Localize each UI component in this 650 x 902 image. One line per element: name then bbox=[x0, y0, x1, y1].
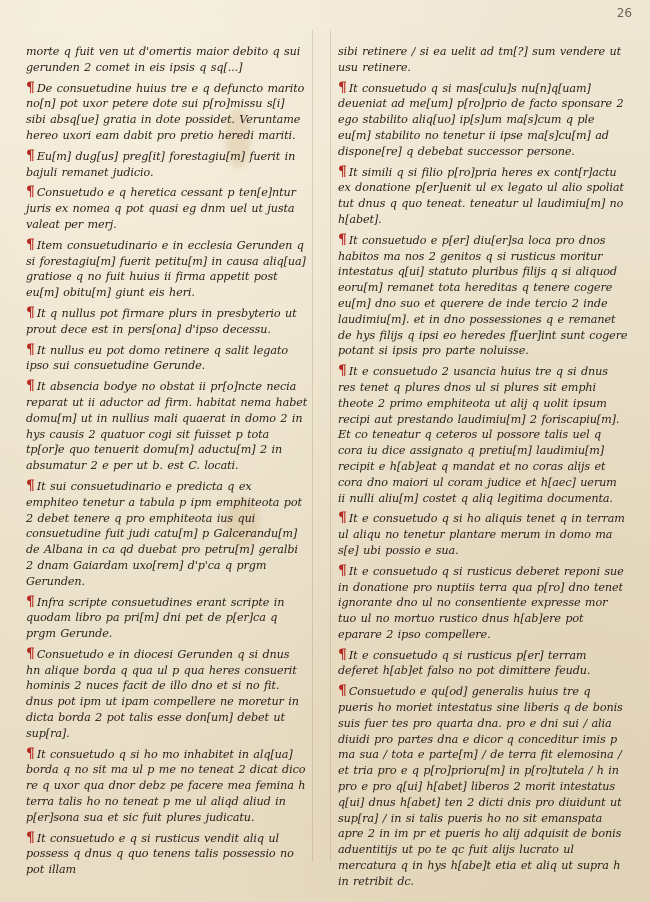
paragraph: ¶Infra scripte consuetudines erant scrip… bbox=[26, 595, 308, 642]
rubric-pilcrow-icon: ¶ bbox=[26, 237, 35, 253]
paragraph: ¶It consuetudo q si mas[culu]s nu[n]q[ua… bbox=[338, 81, 628, 160]
rubric-pilcrow-icon: ¶ bbox=[26, 184, 35, 200]
rubric-pilcrow-icon: ¶ bbox=[26, 746, 35, 762]
paragraph: ¶It consuetudo e q si rusticus vendit al… bbox=[26, 831, 308, 878]
rubric-pilcrow-icon: ¶ bbox=[26, 478, 35, 494]
rubric-pilcrow-icon: ¶ bbox=[338, 683, 347, 699]
column-ruling-line bbox=[330, 30, 331, 862]
paragraph: ¶Consuetudo e q heretica cessant p ten[e… bbox=[26, 185, 308, 232]
rubric-pilcrow-icon: ¶ bbox=[338, 363, 347, 379]
paragraph: ¶Consuetudo e in diocesi Gerunden q si d… bbox=[26, 647, 308, 742]
paragraph: ¶It nullus eu pot domo retinere q salit … bbox=[26, 343, 308, 375]
paragraph: ¶It consuetudo e p[er] diu[er]sa loca pr… bbox=[338, 233, 628, 359]
rubric-pilcrow-icon: ¶ bbox=[338, 232, 347, 248]
rubric-pilcrow-icon: ¶ bbox=[26, 594, 35, 610]
folio-number: 26 bbox=[617, 6, 632, 20]
rubric-pilcrow-icon: ¶ bbox=[26, 830, 35, 846]
column-ruling-line bbox=[312, 30, 313, 862]
manuscript-page: 26 ¶morte q fuit ven ut d'omertis maior … bbox=[0, 0, 650, 902]
paragraph: ¶It e consuetudo q si ho aliquis tenet q… bbox=[338, 511, 628, 558]
paragraph: ¶It sui consuetudinario e predicta q ex … bbox=[26, 479, 308, 590]
rubric-pilcrow-icon: ¶ bbox=[26, 305, 35, 321]
paragraph: ¶It e consuetudo 2 usancia huius tre q s… bbox=[338, 364, 628, 506]
rubric-pilcrow-icon: ¶ bbox=[338, 563, 347, 579]
paragraph: ¶It simili q si filio p[ro]pria heres ex… bbox=[338, 165, 628, 228]
paragraph: ¶De consuetudine huius tre e q defuncto … bbox=[26, 81, 308, 144]
paragraph: ¶Eu[m] dug[us] preg[it] forestagiu[m] fu… bbox=[26, 149, 308, 181]
left-column: ¶morte q fuit ven ut d'omertis maior deb… bbox=[26, 44, 308, 883]
paragraph: ¶It e consuetudo q si rusticus p[er] ter… bbox=[338, 648, 628, 680]
paragraph: ¶It absencia bodye no obstat ii pr[o]nct… bbox=[26, 379, 308, 474]
rubric-pilcrow-icon: ¶ bbox=[338, 164, 347, 180]
paragraph: ¶Item consuetudinario e in ecclesia Geru… bbox=[26, 238, 308, 301]
paragraph: ¶It e consuetudo q si rusticus deberet r… bbox=[338, 564, 628, 643]
rubric-pilcrow-icon: ¶ bbox=[338, 80, 347, 96]
paragraph: ¶morte q fuit ven ut d'omertis maior deb… bbox=[26, 44, 308, 76]
rubric-pilcrow-icon: ¶ bbox=[26, 148, 35, 164]
rubric-pilcrow-icon: ¶ bbox=[338, 510, 347, 526]
rubric-pilcrow-icon: ¶ bbox=[338, 647, 347, 663]
rubric-pilcrow-icon: ¶ bbox=[26, 342, 35, 358]
rubric-pilcrow-icon: ¶ bbox=[26, 646, 35, 662]
right-column: ¶sibi retinere / si ea uelit ad tm[?] su… bbox=[338, 44, 628, 895]
paragraph: ¶It q nullus pot firmare plurs in presby… bbox=[26, 306, 308, 338]
paragraph: ¶Consuetudo e qu[od] generalis huius tre… bbox=[338, 684, 628, 889]
rubric-pilcrow-icon: ¶ bbox=[26, 80, 35, 96]
paragraph: ¶It consuetudo q si ho mo inhabitet in a… bbox=[26, 747, 308, 826]
paragraph: ¶sibi retinere / si ea uelit ad tm[?] su… bbox=[338, 44, 628, 76]
rubric-pilcrow-icon: ¶ bbox=[26, 378, 35, 394]
